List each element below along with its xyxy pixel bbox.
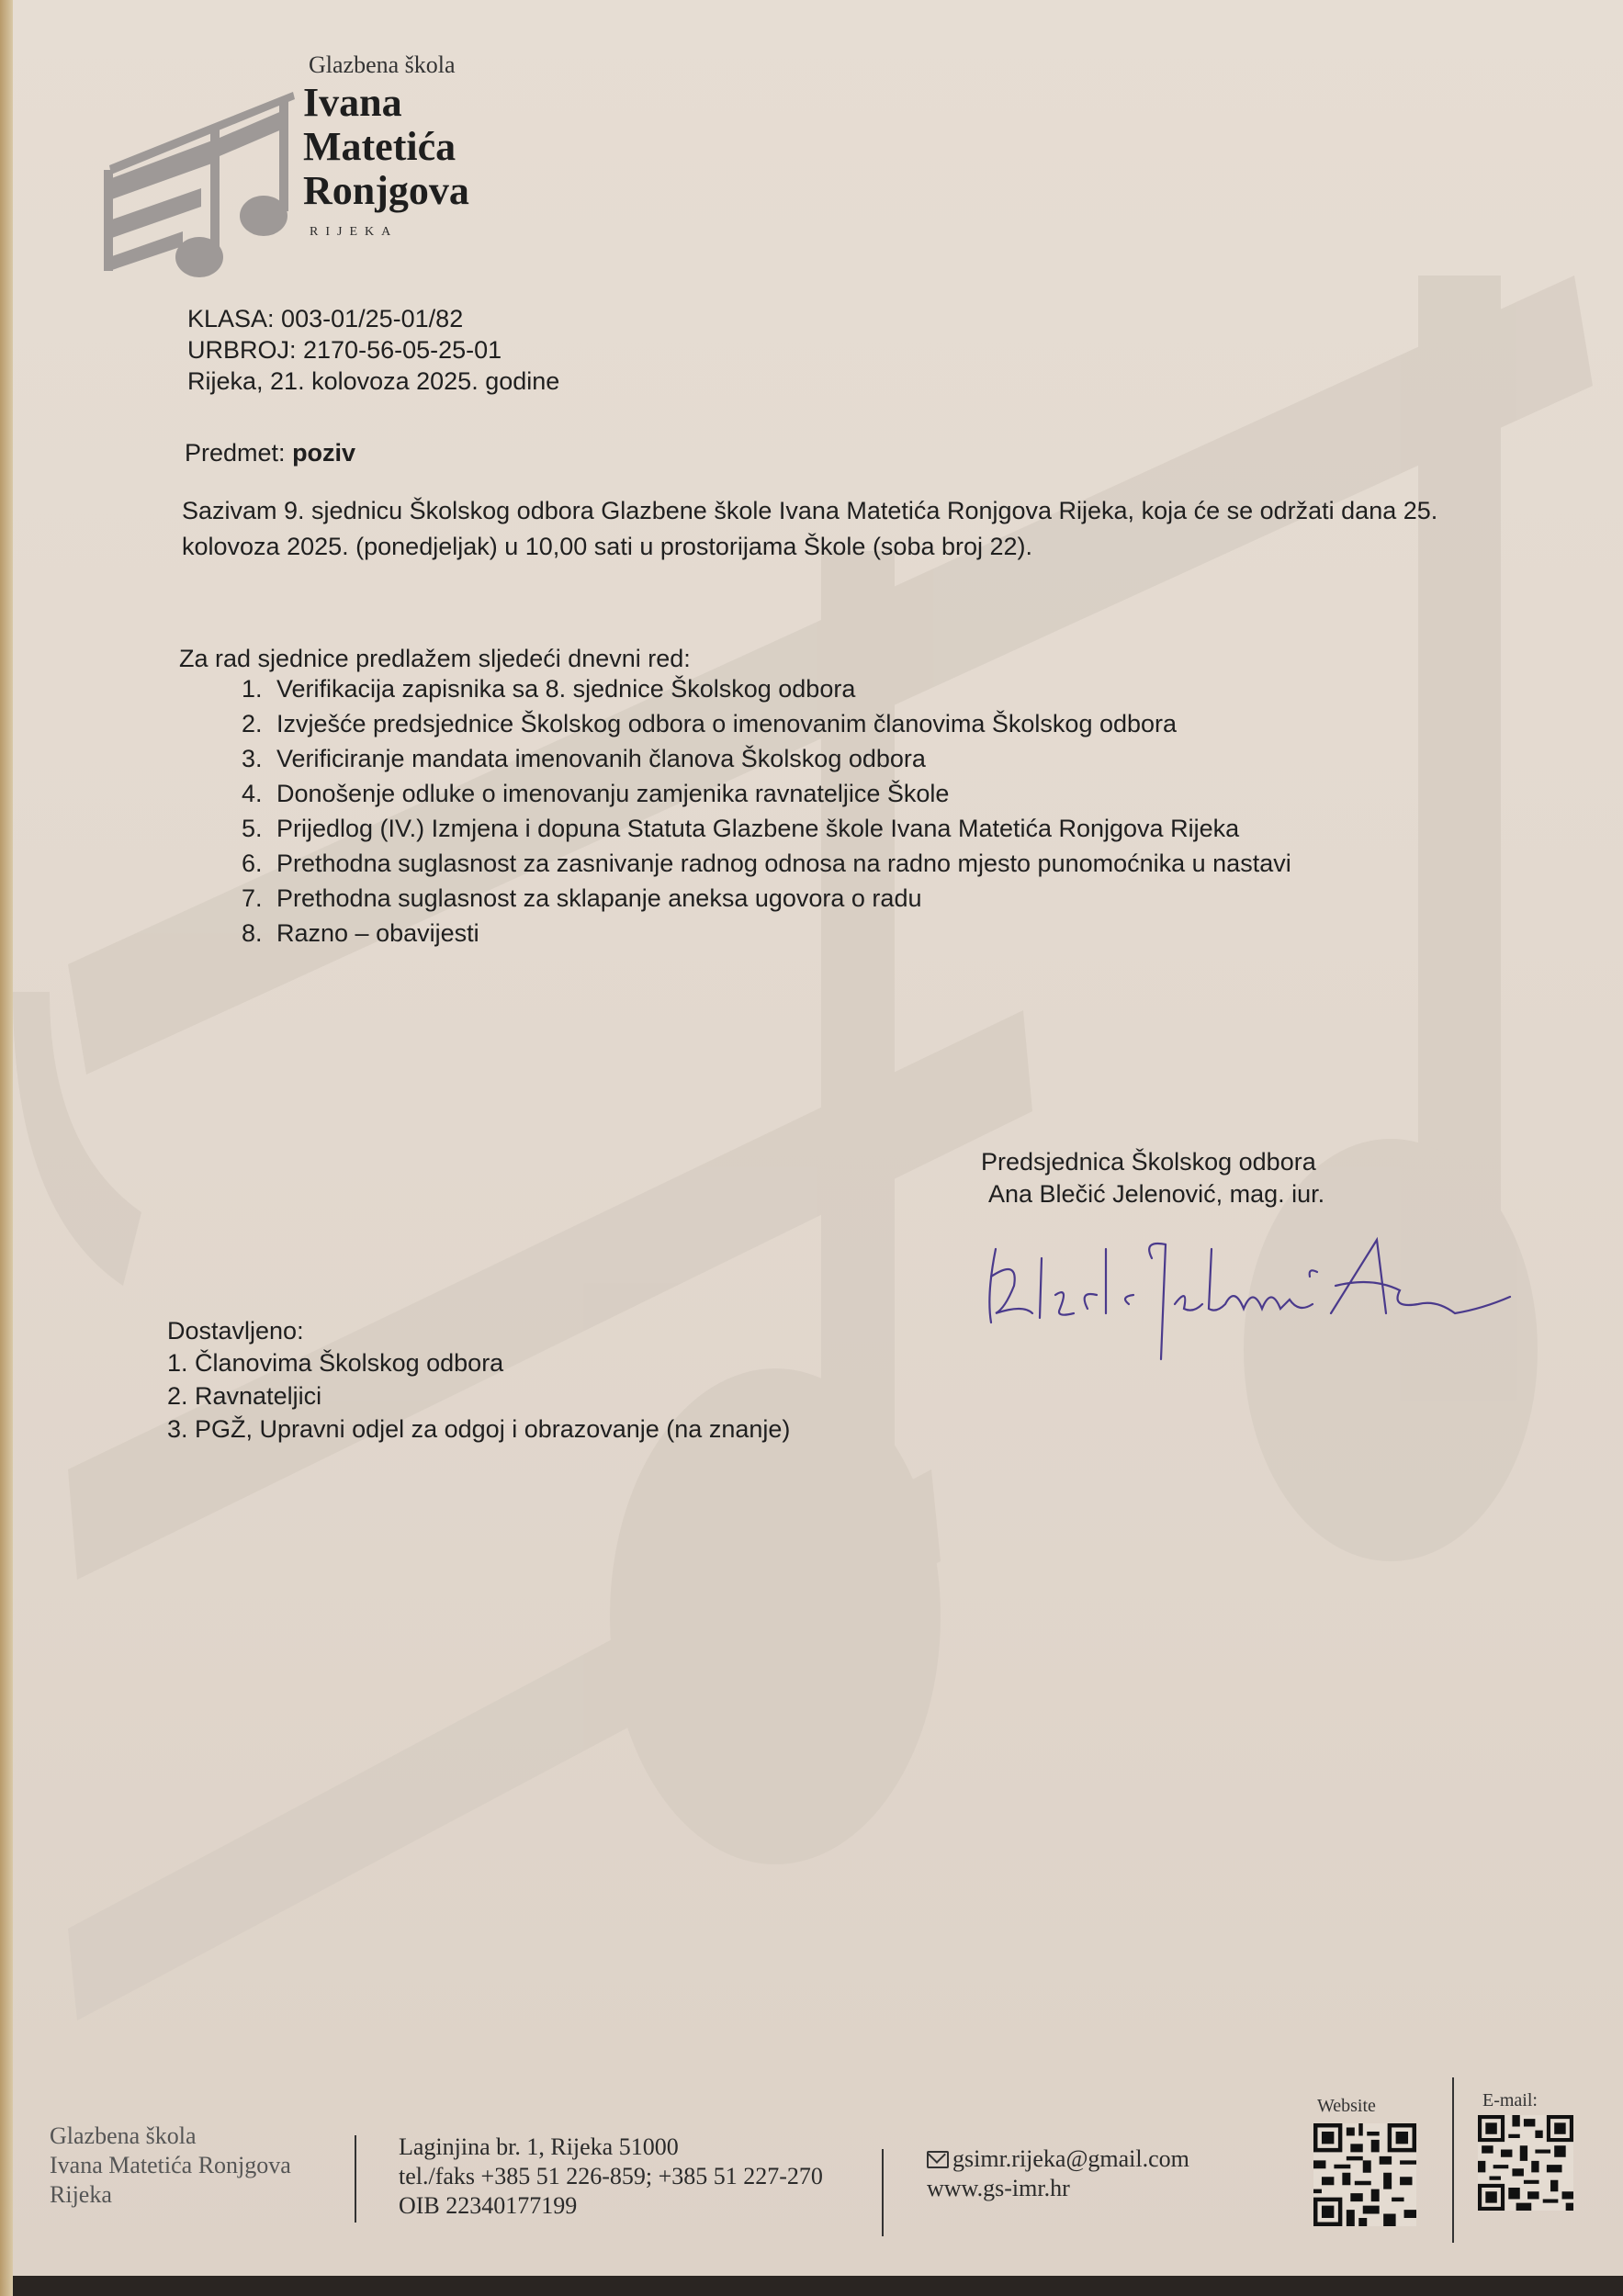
agenda-item: Razno – obavijesti [269,917,1555,949]
footer-website[interactable]: www.gs-imr.hr [927,2174,1189,2203]
agenda-list: Verifikacija zapisnika sa 8. sjednice Šk… [179,673,1555,952]
website-qr-code-icon[interactable] [1313,2123,1416,2226]
footer-divider [882,2149,884,2236]
email-qr-code-icon[interactable] [1478,2115,1573,2211]
document-page: Glazbena škola Ivana Matetića Ronjgova R… [13,0,1623,2276]
agenda-item: Donošenje odluke o imenovanju zamjenika … [269,778,1555,809]
agenda-item: Verificiranje mandata imenovanih članova… [269,743,1555,774]
intro-paragraph: Sazivam 9. sjednicu Školskog odbora Glaz… [182,493,1459,565]
klasa: KLASA: 003-01/25-01/82 [187,303,559,334]
logo-school-prefix: Glazbena škola [309,51,456,79]
qr-email-label: E-mail: [1482,2090,1538,2111]
footer-divider [1452,2077,1454,2243]
subject-value: poziv [292,439,355,467]
signatory-role: Predsjednica Školskog odbora [981,1146,1316,1177]
delivered-list: 1. Članovima Školskog odbora 2. Ravnatel… [167,1347,790,1446]
footer-school-name: Glazbena škola Ivana Matetića Ronjgova R… [50,2122,291,2210]
place-date: Rijeka, 21. kolovoza 2025. godine [187,366,559,397]
delivered-item: 2. Ravnateljici [167,1380,790,1412]
footer-contact-block: gsimr.rijeka@gmail.com www.gs-imr.hr [927,2144,1189,2203]
agenda-item: Izvješće predsjednice Školskog odbora o … [269,708,1555,739]
logo-city: RIJEKA [310,225,398,240]
agenda-item: Verifikacija zapisnika sa 8. sjednice Šk… [269,673,1555,704]
handwritten-signature [968,1221,1538,1368]
footer-divider [355,2135,356,2223]
footer-address: Laginjina br. 1, Rijeka 51000 [399,2133,823,2162]
footer-oib: OIB 22340177199 [399,2191,823,2221]
agenda-item: Prethodna suglasnost za zasnivanje radno… [269,848,1555,879]
footer-address-block: Laginjina br. 1, Rijeka 51000 tel./faks … [399,2133,823,2221]
music-note-staff-logo-icon [91,92,330,294]
agenda-title: Za rad sjednice predlažem sljedeći dnevn… [179,643,691,674]
signatory-name: Ana Blečić Jelenović, mag. iur. [988,1178,1324,1210]
qr-website-label: Website [1317,2096,1376,2117]
page-edge-background [0,0,13,2296]
delivered-item: 1. Članovima Školskog odbora [167,1347,790,1379]
delivered-item: 3. PGŽ, Upravni odjel za odgoj i obrazov… [167,1413,790,1445]
delivered-title: Dostavljeno: [167,1315,304,1346]
agenda-item: Prijedlog (IV.) Izmjena i dopuna Statuta… [269,813,1555,844]
envelope-icon [927,2151,949,2168]
agenda-item: Prethodna suglasnost za sklapanje aneksa… [269,883,1555,914]
subject-line: Predmet: poziv [185,437,355,468]
logo-school-name: Ivana Matetića Ronjgova [303,81,469,213]
footer-email[interactable]: gsimr.rijeka@gmail.com [952,2145,1189,2172]
footer-phone: tel./faks +385 51 226-859; +385 51 227-2… [399,2162,823,2191]
urbroj: URBROJ: 2170-56-05-25-01 [187,334,559,366]
reference-block: KLASA: 003-01/25-01/82 URBROJ: 2170-56-0… [187,303,559,397]
